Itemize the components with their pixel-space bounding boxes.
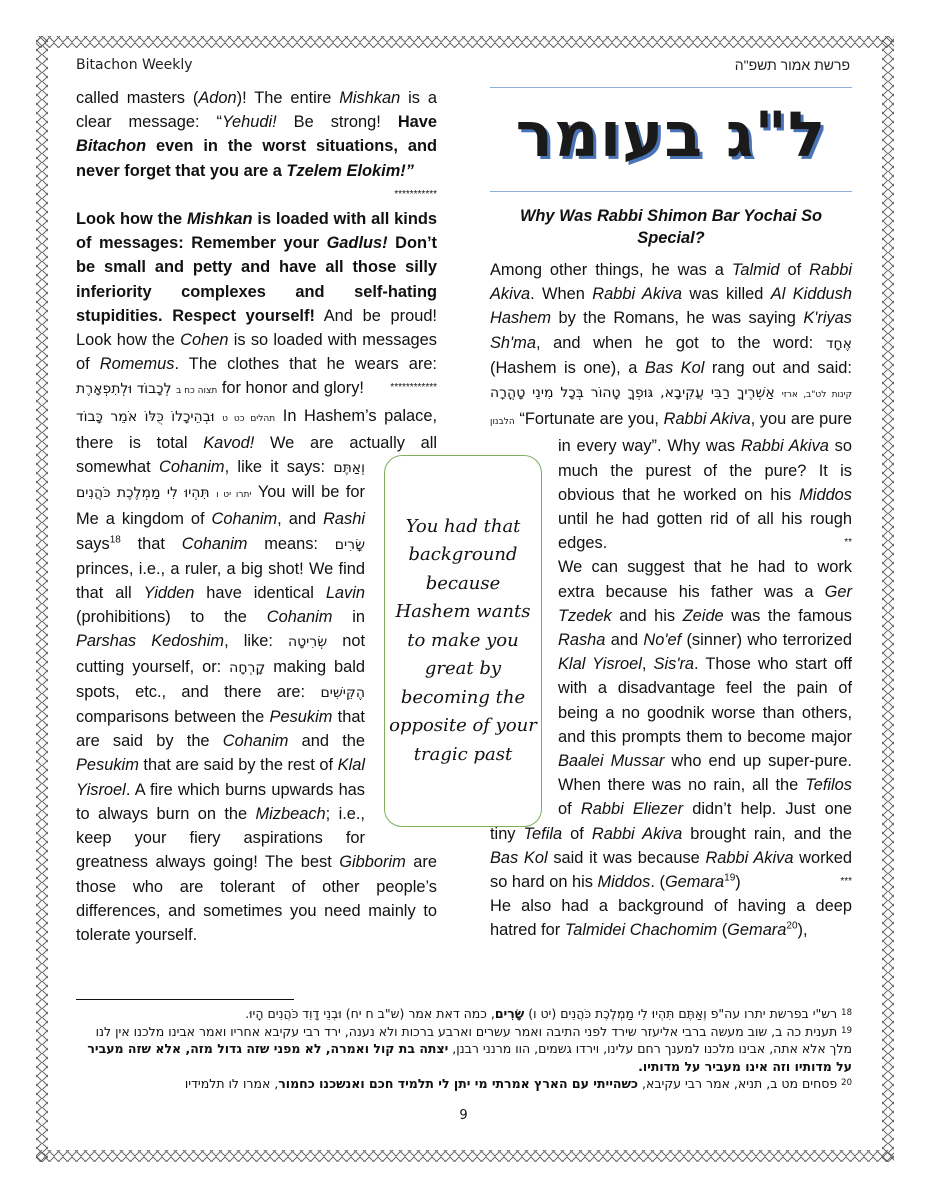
header-publication: Bitachon Weekly xyxy=(76,57,193,73)
article-subtitle: Why Was Rabbi Shimon Bar Yochai So Speci… xyxy=(490,205,852,249)
left-column: called masters (Adon)! The entire Mishka… xyxy=(76,86,437,947)
section-separator: ************ xyxy=(390,376,437,400)
hebrew-quote: וּבְהֵיכָלוֹ כֻּלּוֹ אֹמֵר כָּבוֹד xyxy=(76,409,215,425)
right-column: Among other things, he was a Talmid of R… xyxy=(490,258,852,943)
section-separator: *** xyxy=(840,870,852,894)
footnote-ref-18[interactable]: 18 xyxy=(110,534,121,545)
page-border-bottom xyxy=(36,1150,894,1162)
page-border-right xyxy=(882,36,894,1162)
hebrew-quote: לְכָבוֹד וּלְתִפְאָרֶת xyxy=(76,381,172,397)
right-paragraph-3: He also had a background of having a dee… xyxy=(490,894,852,942)
page-border-top xyxy=(36,36,894,48)
footnote-separator xyxy=(76,999,294,1000)
left-paragraph-2: Look how the Mishkan is loaded with all … xyxy=(76,207,437,404)
hebrew-quote: אַשְׁרֶיךָ רַבִּי עֲקִיבָא, גּוּפְךָ טָה… xyxy=(490,385,775,401)
page-number: 9 xyxy=(0,1108,927,1123)
pull-quote-text: You had that background because Hashem w… xyxy=(389,513,537,770)
footnote-19: 19תענית כה ב, שוב מעשה ברבי אליעזר שירד … xyxy=(76,1023,852,1076)
right-paragraph-1: Among other things, he was a Talmid of R… xyxy=(490,258,852,555)
source-citation: יתרו יט ו xyxy=(216,490,251,500)
source-citation: תצוה כח ב xyxy=(176,386,217,396)
footnote-20: 20פסחים מט ב, תניא, אמר רבי עקיבא, כשהיי… xyxy=(76,1075,852,1093)
left-paragraph-1: called masters (Adon)! The entire Mishka… xyxy=(76,86,437,183)
left-paragraph-3: וּבְהֵיכָלוֹ כֻּלּוֹ אֹמֵר כָּבוֹד תהלים… xyxy=(76,404,437,947)
footnotes: 18רש"י בפרשת יתרו עה"פ וְאַתֶּם תִּהְיוּ… xyxy=(76,1005,852,1093)
header-parsha: פרשת אמור תשפ"ה xyxy=(735,57,850,73)
footnote-ref-20[interactable]: 20 xyxy=(786,921,797,932)
footnote-18: 18רש"י בפרשת יתרו עה"פ וְאַתֶּם תִּהְיוּ… xyxy=(76,1005,852,1023)
footnote-ref-19[interactable]: 19 xyxy=(724,873,735,884)
section-separator: *********** xyxy=(394,183,437,207)
page-title: ל"ג בעומר xyxy=(490,100,852,170)
section-separator: ** xyxy=(844,531,852,555)
title-rule-bottom xyxy=(490,191,852,192)
page-border-left xyxy=(36,36,48,1162)
title-rule-top xyxy=(490,87,852,88)
pull-quote: You had that background because Hashem w… xyxy=(384,455,542,827)
source-citation: תהלים כט ט xyxy=(222,414,275,424)
